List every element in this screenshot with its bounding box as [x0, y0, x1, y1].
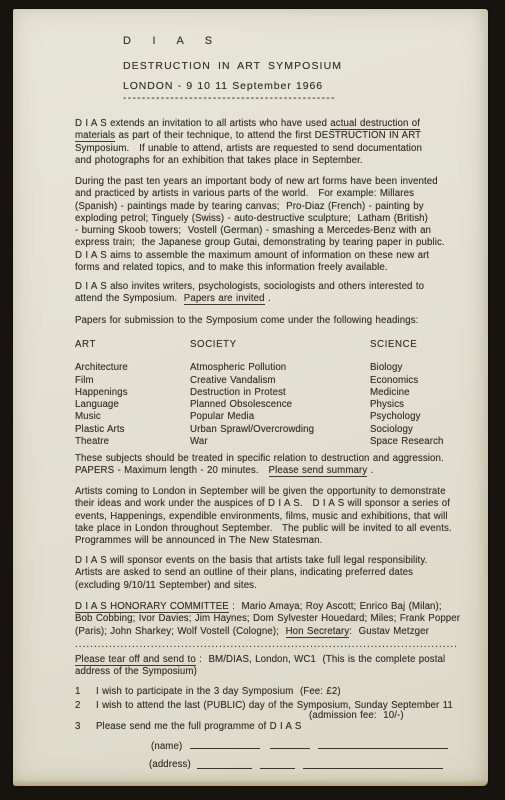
form-option-1: 1 I wish to participate in the 3 day Sym…	[75, 686, 458, 698]
page-subtitle: DESTRUCTION IN ART SYMPOSIUM	[123, 60, 458, 72]
option-3-text: Please send me the full programme of D I…	[96, 721, 301, 733]
art-forms-paragraph: During the past ten years an important b…	[75, 176, 458, 274]
invitation-paragraph: D I A S also invites writers, psychologi…	[75, 281, 458, 306]
option-1-number: 1	[75, 686, 96, 698]
name-field-row: (name)	[75, 741, 458, 753]
name-blank-line	[190, 741, 260, 749]
intro-paragraph: D I A S extends an invitation to all art…	[75, 118, 458, 167]
address-field-row: (address)	[75, 759, 458, 771]
column-items-science: BiologyEconomicsMedicinePhysicsPsycholog…	[370, 362, 444, 448]
flyer-header: D I A S DESTRUCTION IN ART SYMPOSIUM LON…	[123, 35, 458, 105]
flyer-content: D I A S DESTRUCTION IN ART SYMPOSIUM LON…	[75, 9, 458, 786]
option-1-text: I wish to participate in the 3 day Sympo…	[96, 686, 341, 698]
tear-off-instructions: Please tear off and send to : BM/DIAS, L…	[75, 654, 458, 679]
photo-background: D I A S DESTRUCTION IN ART SYMPOSIUM LON…	[0, 0, 505, 800]
column-header-science: SCIENCE	[370, 339, 444, 351]
name-label: (name)	[151, 741, 182, 753]
flyer-page: D I A S DESTRUCTION IN ART SYMPOSIUM LON…	[13, 9, 488, 786]
address-blank-line	[260, 759, 295, 769]
form-option-3: 3 Please send me the full programme of D…	[75, 721, 458, 733]
dotted-separator: ........................................…	[75, 639, 458, 651]
column-items-art: ArchitectureFilmHappeningsLanguageMusicP…	[75, 362, 128, 448]
header-dashed-rule: ----------------------------------------…	[123, 93, 335, 105]
address-label: (address)	[149, 759, 191, 771]
name-blank-line	[318, 741, 448, 749]
honorary-committee: D I A S HONORARY COMMITTEE : Mario Amaya…	[75, 601, 458, 638]
column-header-art: ART	[75, 339, 128, 351]
name-blank-line	[270, 741, 310, 749]
dateline: LONDON - 9 10 11 September 1966	[123, 80, 458, 92]
page-title: D I A S	[123, 35, 458, 47]
address-blank-line	[197, 759, 252, 769]
column-header-society: SOCIETY	[190, 339, 314, 351]
column-art: ART ArchitectureFilmHappeningsLanguageMu…	[75, 339, 128, 448]
column-society: SOCIETY Atmospheric PollutionCreative Va…	[190, 339, 314, 448]
legal-responsibility-paragraph: D I A S will sponsor events on the basis…	[75, 555, 458, 592]
column-science: SCIENCE BiologyEconomicsMedicinePhysicsP…	[370, 339, 444, 448]
papers-headings-intro: Papers for submission to the Symposium c…	[75, 315, 458, 327]
column-items-society: Atmospheric PollutionCreative VandalismD…	[190, 362, 314, 448]
address-blank-line	[303, 759, 443, 769]
option-3-number: 3	[75, 721, 96, 733]
artists-events-paragraph: Artists coming to London in September wi…	[75, 486, 458, 547]
subjects-note: These subjects should be treated in spec…	[75, 453, 458, 478]
